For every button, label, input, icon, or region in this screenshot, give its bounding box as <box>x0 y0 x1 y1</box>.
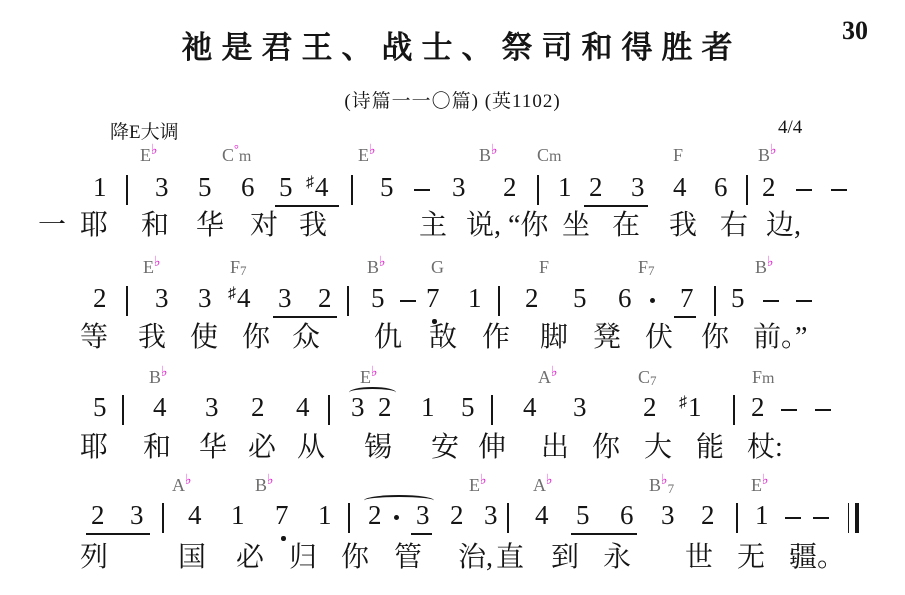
chord-symbol: C°m <box>222 146 251 165</box>
flat-sign: ♭ <box>154 255 161 270</box>
lyric-syllable: 华 <box>196 212 224 240</box>
lyric-syllable: 世 <box>685 544 713 572</box>
lyric-syllable: 直 <box>496 544 524 572</box>
note-number: 1 <box>231 500 245 530</box>
note-number: 6 <box>620 500 634 530</box>
chord-root-letter: C <box>638 367 650 387</box>
chord-symbol: E♭ <box>360 368 378 387</box>
note-digit: 4 <box>296 394 310 421</box>
chord-symbol: E♭ <box>751 476 769 495</box>
lyric-syllable: “你 <box>508 212 548 240</box>
note-number: 6 <box>241 172 255 202</box>
chord-root-letter: B <box>755 257 767 277</box>
note-digit: 3 <box>573 394 587 421</box>
note-number: 7 <box>680 283 694 313</box>
flat-sign: ♭ <box>762 473 769 488</box>
note-digit: 2 <box>368 502 382 529</box>
note-digit: 3 <box>155 285 169 312</box>
note-number: 3 <box>155 172 169 202</box>
note-number: 2 <box>701 500 715 530</box>
note-digit: 3 <box>661 502 675 529</box>
note-digit: 5 <box>380 174 394 201</box>
note-number: 5 <box>371 283 385 313</box>
lyric-syllable: 疆。 <box>789 544 845 572</box>
chord-root-letter: B <box>479 145 491 165</box>
note-number: 5 <box>461 392 475 422</box>
note-digit: 2 <box>450 502 464 529</box>
note-number: 5 <box>93 392 107 422</box>
chord-root-letter: F <box>230 257 240 277</box>
barline <box>162 503 164 533</box>
note-digit: 3 <box>452 174 466 201</box>
duration-dash <box>414 189 430 191</box>
note-digit: 5 <box>576 502 590 529</box>
lyric-syllable: 右 <box>720 212 748 240</box>
note-number: 4 <box>153 392 167 422</box>
lyric-syllable: 在 <box>612 212 640 240</box>
note-digit: 1 <box>318 502 332 529</box>
chord-symbol: A♭ <box>172 476 192 495</box>
chord-root-letter: B <box>149 367 161 387</box>
slur-arc <box>349 387 396 398</box>
note-number: 7 <box>426 283 440 313</box>
chord-root-letter: F <box>752 367 762 387</box>
chord-suffix: 7 <box>668 481 675 496</box>
chord-suffix: 7 <box>648 263 655 278</box>
note-number: 4 <box>535 500 549 530</box>
flat-sign: ♭ <box>185 473 192 488</box>
lyric-syllable: 坐 <box>562 212 590 240</box>
note-digit: 2 <box>701 502 715 529</box>
note-digit: 1 <box>755 502 769 529</box>
lyric-syllable: 我 <box>299 212 327 240</box>
note-digit: 6 <box>620 502 634 529</box>
note-number: 4 <box>237 283 251 313</box>
chord-symbol: B♭ <box>255 476 274 495</box>
lyric-syllable: 等 <box>80 324 108 352</box>
note-digit: 3 <box>351 394 365 421</box>
note-digit: 7 <box>680 285 694 312</box>
note-digit: 2 <box>378 394 392 421</box>
duration-dash <box>796 189 812 191</box>
flat-sign: ♭ <box>379 255 386 270</box>
chord-symbol: B♭ <box>758 146 777 165</box>
lyric-syllable: 你 <box>341 544 369 572</box>
note-number: 3 <box>198 283 212 313</box>
barline <box>122 395 124 425</box>
dotted-note-dot <box>650 298 655 303</box>
lyric-syllable: 凳 <box>593 324 621 352</box>
note-number: 1 <box>755 500 769 530</box>
note-number: 2 <box>503 172 517 202</box>
lyric-syllable: 杖: <box>747 434 783 462</box>
note-number: 3 <box>452 172 466 202</box>
lyric-syllable: 众 <box>292 324 320 352</box>
lyric-syllable: 边, <box>766 212 801 240</box>
note-number: 2 <box>643 392 657 422</box>
eighth-beam-underline <box>674 316 696 318</box>
flat-sign: ♭ <box>661 473 668 488</box>
note-digit: 1 <box>231 502 245 529</box>
note-number: 3 <box>130 500 144 530</box>
chord-symbol: F <box>673 146 683 164</box>
chord-symbol: B♭7 <box>649 476 674 495</box>
chord-symbol: F7 <box>230 258 247 276</box>
lyric-syllable: 大 <box>644 434 672 462</box>
duration-dash <box>785 517 801 519</box>
note-digit: 3 <box>198 285 212 312</box>
flat-sign: ♭ <box>770 143 777 158</box>
note-digit: 1 <box>421 394 435 421</box>
lyric-syllable: 说, <box>466 212 501 240</box>
lyric-syllable: 耶 <box>80 212 108 240</box>
note-digit: 5 <box>371 285 385 312</box>
flat-sign: ♭ <box>369 143 376 158</box>
lyric-syllable: 使 <box>190 324 218 352</box>
chord-root-letter: F <box>539 257 549 277</box>
sharp-icon: ♯ <box>306 174 314 191</box>
chord-symbol: E♭ <box>140 146 158 165</box>
note-number: 1 <box>318 500 332 530</box>
note-number: 3 <box>573 392 587 422</box>
note-digit: ♯1 <box>679 394 702 421</box>
chord-symbol: Fm <box>752 368 774 387</box>
chord-symbol: A♭ <box>533 476 553 495</box>
note-number: 4 <box>673 172 687 202</box>
flat-sign: ♭ <box>491 143 498 158</box>
chord-symbol: B♭ <box>149 368 168 387</box>
duration-dash <box>400 300 416 302</box>
dotted-note-dot <box>394 515 399 520</box>
duration-dash <box>831 189 847 191</box>
diminished-icon: ° <box>234 142 239 156</box>
eighth-beam-underline <box>571 533 637 535</box>
note-digit: 1 <box>468 285 482 312</box>
note-number: 2 <box>318 283 332 313</box>
note-digit: 5 <box>198 174 212 201</box>
note-digit: 2 <box>503 174 517 201</box>
lyric-syllable: 从 <box>297 434 325 462</box>
note-digit: 3 <box>278 285 292 312</box>
note-digit: 3 <box>205 394 219 421</box>
chord-root-letter: A <box>533 475 546 495</box>
lyric-syllable: 脚 <box>540 324 568 352</box>
chord-symbol: F7 <box>638 258 655 276</box>
sharp-icon: ♯ <box>679 394 687 411</box>
note-number: 6 <box>618 283 632 313</box>
lyric-syllable: 列 <box>80 544 108 572</box>
lyric-syllable: 耶 <box>80 434 108 462</box>
lyric-syllable: 锡 <box>364 434 392 462</box>
duration-dash <box>796 300 812 302</box>
note-number: 2 <box>762 172 776 202</box>
barline <box>714 286 716 316</box>
flat-sign: ♭ <box>480 473 487 488</box>
chord-root-letter: C <box>537 145 549 165</box>
note-digit: 4 <box>535 502 549 529</box>
note-number: 1 <box>468 283 482 313</box>
lyric-syllable: 伏 <box>645 324 673 352</box>
barline <box>736 503 738 533</box>
note-number: 6 <box>714 172 728 202</box>
flat-sign: ♭ <box>161 365 168 380</box>
note-digit: 2 <box>525 285 539 312</box>
duration-dash <box>815 409 831 411</box>
duration-dash <box>781 409 797 411</box>
lyric-syllable: 你 <box>242 324 270 352</box>
chord-symbol: B♭ <box>479 146 498 165</box>
note-digit: ♯4 <box>306 174 329 201</box>
note-digit: 2 <box>251 394 265 421</box>
note-digit: 5 <box>573 285 587 312</box>
flat-sign: ♭ <box>267 473 274 488</box>
lyric-syllable: 你 <box>592 434 620 462</box>
note-digit: 2 <box>643 394 657 421</box>
chord-root-letter: E <box>469 475 480 495</box>
lyric-syllable: 作 <box>482 324 510 352</box>
eighth-beam-underline <box>411 533 432 535</box>
lyric-syllable: 归 <box>289 544 317 572</box>
barline <box>498 286 500 316</box>
lyric-syllable: 和 <box>141 212 169 240</box>
note-digit: 2 <box>93 285 107 312</box>
note-number: 2 <box>450 500 464 530</box>
eighth-beam-underline <box>275 205 339 207</box>
lyric-syllable: 对 <box>250 212 278 240</box>
lyric-syllable: 你 <box>701 324 729 352</box>
note-digit: 1 <box>93 174 107 201</box>
lyric-syllable: 仇 <box>374 324 402 352</box>
lyric-syllable: 敌 <box>429 324 457 352</box>
note-digit: 2 <box>589 174 603 201</box>
chord-symbol: E♭ <box>358 146 376 165</box>
flat-sign: ♭ <box>546 473 553 488</box>
note-number: 3 <box>631 172 645 202</box>
eighth-beam-underline <box>584 205 648 207</box>
note-number: 2 <box>589 172 603 202</box>
time-signature: 4/4 <box>778 117 802 139</box>
sharp-icon: ♯ <box>228 285 236 302</box>
lyric-syllable: 华 <box>199 434 227 462</box>
barline <box>746 175 748 205</box>
barline <box>491 395 493 425</box>
barline <box>537 175 539 205</box>
note-number: 1 <box>688 392 702 422</box>
chord-root-letter: C <box>222 145 234 165</box>
note-digit: 2 <box>91 502 105 529</box>
lyric-syllable: 治, <box>458 544 493 572</box>
barline <box>126 175 128 205</box>
chord-root-letter: E <box>143 257 154 277</box>
flat-sign: ♭ <box>767 255 774 270</box>
note-digit: 7 <box>426 285 440 312</box>
note-digit: 4 <box>153 394 167 421</box>
eighth-beam-underline <box>86 533 150 535</box>
chord-suffix: 7 <box>650 373 657 388</box>
lyric-syllable: 能 <box>696 434 724 462</box>
note-number: 1 <box>93 172 107 202</box>
chord-symbol: E♭ <box>469 476 487 495</box>
page-number: 30 <box>842 16 868 46</box>
chord-symbol: B♭ <box>755 258 774 277</box>
note-digit: 3 <box>416 502 430 529</box>
chord-root-letter: E <box>358 145 369 165</box>
note-number: 5 <box>731 283 745 313</box>
lyric-syllable: 无 <box>737 544 765 572</box>
flat-sign: ♭ <box>551 365 558 380</box>
page-title: 祂是君王、战士、祭司和得胜者 <box>0 22 905 67</box>
note-digit: 6 <box>618 285 632 312</box>
flat-sign: ♭ <box>371 365 378 380</box>
note-number: 3 <box>661 500 675 530</box>
hymn-sheet: 祂是君王、战士、祭司和得胜者 30 (诗篇一一〇篇) (英1102) 降E大调 … <box>0 0 905 595</box>
lyric-syllable: 和 <box>143 434 171 462</box>
note-number: 5 <box>198 172 212 202</box>
slur-arc <box>364 495 434 506</box>
note-digit: 4 <box>188 502 202 529</box>
chord-symbol: Cm <box>537 146 561 165</box>
note-digit: 4 <box>523 394 537 421</box>
note-number: 2 <box>91 500 105 530</box>
lyric-syllable: 安 <box>431 434 459 462</box>
lyric-syllable: 国 <box>178 544 206 572</box>
lyric-syllable: 必 <box>236 544 264 572</box>
chord-symbol: B♭ <box>367 258 386 277</box>
lyric-syllable: 伸 <box>478 434 506 462</box>
chord-symbol: G <box>431 258 444 276</box>
note-number: 1 <box>421 392 435 422</box>
verse-number: 一 <box>38 212 66 240</box>
note-number: 3 <box>278 283 292 313</box>
note-digit: 2 <box>318 285 332 312</box>
chord-suffix: m <box>239 148 251 165</box>
lyric-syllable: 必 <box>248 434 276 462</box>
note-digit: 2 <box>751 394 765 421</box>
duration-dash <box>763 300 779 302</box>
note-number: 7 <box>275 500 289 530</box>
note-digit: ♯4 <box>228 285 251 312</box>
note-digit: 5 <box>731 285 745 312</box>
eighth-beam-underline <box>273 316 337 318</box>
barline <box>351 175 353 205</box>
note-digit: 5 <box>279 174 293 201</box>
note-number: 4 <box>188 500 202 530</box>
lyric-syllable: 到 <box>551 544 579 572</box>
chord-suffix: m <box>762 370 774 387</box>
lyric-syllable: 管 <box>394 544 422 572</box>
chord-root-letter: B <box>367 257 379 277</box>
chord-root-letter: B <box>649 475 661 495</box>
note-digit: 5 <box>93 394 107 421</box>
note-number: 1 <box>558 172 572 202</box>
lyric-syllable: 主 <box>419 212 447 240</box>
note-digit: 1 <box>558 174 572 201</box>
key-label: 降E大调 <box>110 117 179 144</box>
note-number: 3 <box>155 283 169 313</box>
note-number: 2 <box>751 392 765 422</box>
note-digit: 3 <box>130 502 144 529</box>
flat-sign: ♭ <box>151 143 158 158</box>
lyric-syllable: 永 <box>603 544 631 572</box>
lyric-syllable: 前。” <box>753 324 807 352</box>
chord-symbol: F <box>539 258 549 276</box>
chord-suffix: m <box>549 148 561 165</box>
note-digit: 3 <box>155 174 169 201</box>
note-number: 4 <box>523 392 537 422</box>
note-number: 5 <box>279 172 293 202</box>
chord-root-letter: F <box>638 257 648 277</box>
chord-symbol: A♭ <box>538 368 558 387</box>
note-digit: 2 <box>762 174 776 201</box>
note-number: 5 <box>576 500 590 530</box>
note-digit: 7 <box>275 502 289 529</box>
chord-root-letter: E <box>751 475 762 495</box>
note-digit: 6 <box>241 174 255 201</box>
note-number: 4 <box>296 392 310 422</box>
note-number: 2 <box>251 392 265 422</box>
chord-root-letter: A <box>538 367 551 387</box>
note-number: 5 <box>573 283 587 313</box>
chord-suffix: 7 <box>240 263 247 278</box>
low-octave-dot <box>281 536 286 541</box>
note-number: 4 <box>315 172 329 202</box>
subtitle: (诗篇一一〇篇) (英1102) <box>0 86 905 113</box>
note-digit: 6 <box>714 174 728 201</box>
note-digit: 5 <box>461 394 475 421</box>
note-number: 2 <box>93 283 107 313</box>
chord-root-letter: A <box>172 475 185 495</box>
lyric-syllable: 我 <box>138 324 166 352</box>
note-digit: 4 <box>673 174 687 201</box>
chord-root-letter: E <box>360 367 371 387</box>
chord-symbol: E♭ <box>143 258 161 277</box>
barline <box>348 503 350 533</box>
barline <box>126 286 128 316</box>
chord-root-letter: B <box>255 475 267 495</box>
chord-symbol: C7 <box>638 368 657 386</box>
duration-dash <box>813 517 829 519</box>
chord-root-letter: E <box>140 145 151 165</box>
chord-root-letter: B <box>758 145 770 165</box>
final-double-barline <box>848 503 859 533</box>
lyric-syllable: 我 <box>669 212 697 240</box>
note-digit: 3 <box>484 502 498 529</box>
chord-root-letter: G <box>431 257 444 277</box>
barline <box>347 286 349 316</box>
chord-root-letter: F <box>673 145 683 165</box>
lyric-syllable: 出 <box>541 434 569 462</box>
note-number: 3 <box>205 392 219 422</box>
note-number: 2 <box>525 283 539 313</box>
barline <box>733 395 735 425</box>
barline <box>507 503 509 533</box>
barline <box>328 395 330 425</box>
note-number: 3 <box>484 500 498 530</box>
note-number: 5 <box>380 172 394 202</box>
note-digit: 3 <box>631 174 645 201</box>
